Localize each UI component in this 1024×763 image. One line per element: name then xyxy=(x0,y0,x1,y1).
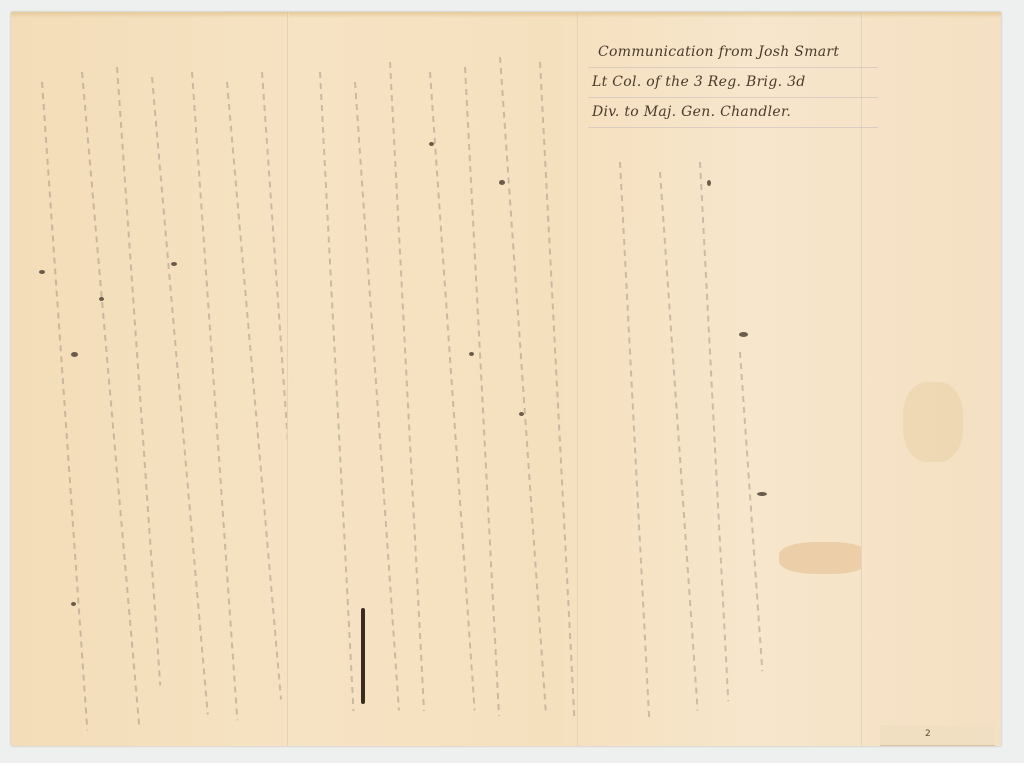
folded-tab xyxy=(880,725,995,746)
docket-line-1: Communication from Josh Smart xyxy=(588,38,878,68)
panel-1-bleed-through xyxy=(11,12,287,746)
ink-stroke xyxy=(361,608,365,704)
docket-line-2: Lt Col. of the 3 Reg. Brig. 3d xyxy=(588,68,878,98)
docket-inscription: Communication from Josh Smart Lt Col. of… xyxy=(588,38,878,128)
panel-4 xyxy=(863,12,1001,746)
panel-2-bleed-through xyxy=(289,12,577,746)
docket-line-3: Div. to Maj. Gen. Chandler. xyxy=(588,98,878,128)
corner-mark: 2 xyxy=(925,729,931,739)
